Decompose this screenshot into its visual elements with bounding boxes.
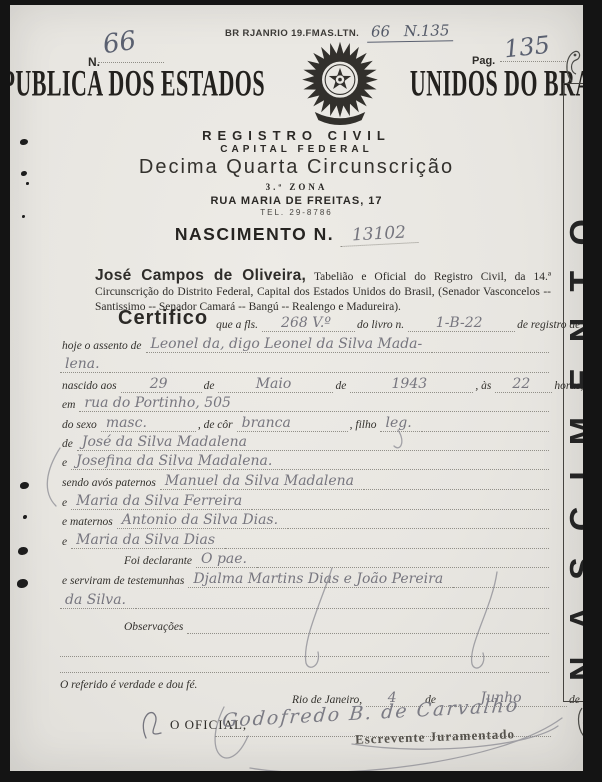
form-line: Observações <box>122 609 549 634</box>
form-line: nascido aos29deMaiode1943, às22horas, <box>60 373 549 393</box>
scan-edge <box>583 0 602 782</box>
printed-label: , filho <box>348 419 381 432</box>
scan-edge <box>0 0 10 782</box>
pen-flourish-icon <box>136 704 170 748</box>
printed-label: que a fls. <box>214 319 262 332</box>
printed-label: nascido aos <box>60 380 121 393</box>
printed-label: de <box>333 380 350 393</box>
printed-label: do livro n. <box>355 319 408 332</box>
handwritten-entry: leg. <box>380 416 421 432</box>
form-line: Foi declaranteO pae. <box>122 549 549 568</box>
form-line: O referido é verdade e dou fé. <box>60 673 549 691</box>
handwritten-entry: José da Silva Madalena <box>77 435 257 451</box>
printed-label: e <box>60 497 71 510</box>
form-line: lena. <box>60 353 549 373</box>
dotted-rule <box>187 633 549 634</box>
form-line: eMaria da Silva Dias <box>60 529 549 549</box>
dotted-rule <box>432 352 549 353</box>
dotted-rule <box>453 587 549 588</box>
form-line <box>60 634 549 657</box>
masthead-left-text: REPUBLICA DOS ESTADOS <box>0 64 265 106</box>
handwritten-entry: da Silva. <box>60 593 136 609</box>
form-line <box>60 657 549 673</box>
printed-label: de <box>202 380 219 393</box>
printed-label: e <box>60 536 71 549</box>
handwritten-entry: Maria da Silva Ferreira <box>71 494 252 510</box>
dotted-rule <box>60 672 549 673</box>
handwritten-entry: masc. <box>101 416 196 432</box>
dotted-rule <box>257 567 549 568</box>
printed-label: sendo avós paternos <box>60 477 160 490</box>
notarial-flourish-icon <box>560 48 584 86</box>
registry-title: REGISTRO CIVIL <box>10 128 583 143</box>
printed-label: e maternos <box>60 516 117 529</box>
handwritten-entry: rua do Portinho, 505 <box>79 396 241 412</box>
handwritten-entry: Maio <box>218 377 333 393</box>
handwritten-entry: Josefina da Silva Madalena. <box>71 454 282 470</box>
printed-label: do sexo <box>60 419 101 432</box>
printed-label: , às <box>473 380 495 393</box>
form-line: deJosé da Silva Madalena <box>60 432 549 451</box>
printed-label: de <box>60 438 77 451</box>
form-line: Certificoque a fls.268 V.ºdo livro n.1-B… <box>118 305 549 332</box>
scan-edge <box>0 0 602 5</box>
printed-text: O referido é verdade e dou fé. <box>60 679 197 691</box>
handwritten-entry: Djalma Martins Dias e João Pereira <box>188 572 453 588</box>
handwritten-entry: O pae. <box>196 552 257 568</box>
dotted-rule <box>257 450 549 451</box>
masthead: REPUBLICA DOS ESTADOS UNIDOS DO BRASIL <box>10 37 583 133</box>
ink-dot <box>26 182 29 185</box>
address-text: RUA MARIA DE FREITAS, 17 <box>10 195 583 207</box>
dotted-rule <box>252 509 549 510</box>
form-line: do sexomasc., de côrbranca, filholeg. <box>60 412 549 432</box>
record-title: NASCIMENTO N. <box>175 224 334 245</box>
form-line: hoje o assento deLeonel da, digo Leonel … <box>60 332 549 353</box>
form-line: da Silva. <box>60 588 549 609</box>
handwritten-entry: 268 V.º <box>262 316 355 332</box>
handwritten-entry: 1-B-22 <box>408 316 515 332</box>
form-line: e serviram de testemunhasDjalma Martins … <box>60 568 549 588</box>
record-number-handwritten: 13102 <box>340 222 419 247</box>
handwritten-entry: 29 <box>121 377 202 393</box>
form-line: sendo avós paternosManuel da Silva Madal… <box>60 470 549 490</box>
handwritten-entry: Maria da Silva Dias <box>71 533 225 549</box>
notary-name: José Campos de Oliveira, <box>95 267 306 284</box>
certificate-lines: Certificoque a fls.268 V.ºdo livro n.1-B… <box>60 305 549 691</box>
certificate-page: BR RJANRIO 19.FMAS.LTN. 66 N.135 N. 66 P… <box>10 5 583 771</box>
form-line: eMaria da Silva Ferreira <box>60 490 549 510</box>
form-line: eJosefina da Silva Madalena. <box>60 451 549 470</box>
dotted-rule <box>110 372 549 373</box>
scan-edge <box>0 771 602 782</box>
certify-word: Certifico <box>118 307 214 332</box>
handwritten-entry: Manuel da Silva Madalena <box>160 474 364 490</box>
form-line: e maternosAntonio da Silva Dias. <box>60 510 549 529</box>
dotted-rule <box>225 548 549 549</box>
brazil-coat-of-arms-icon <box>295 40 385 130</box>
phone-text: TEL. 29-8786 <box>10 208 583 217</box>
handwritten-entry: 1943 <box>350 377 473 393</box>
printed-label: e serviram de testemunhas <box>60 575 188 588</box>
handwritten-entry: branca <box>237 416 348 432</box>
printed-label: Foi declarante <box>122 555 196 568</box>
dotted-rule <box>136 608 549 609</box>
zona-text: 3.ª ZONA <box>10 182 583 192</box>
clerk-stamp-text: Escrevente Juramentado <box>355 726 516 748</box>
printed-label: hoje o assento de <box>60 340 146 353</box>
handwritten-entry: 22 <box>495 377 552 393</box>
printed-label: em <box>60 399 79 412</box>
record-title-row: NASCIMENTO N. 13102 <box>10 224 583 245</box>
scanned-birth-certificate: { "scan": { "archive_stamp_printed": "BR… <box>0 0 602 782</box>
printed-label: Observações <box>122 621 187 634</box>
handwritten-entry: Leonel da, digo Leonel da Silva Mada- <box>146 337 433 353</box>
capital-subtitle: CAPITAL FEDERAL <box>10 144 583 155</box>
printed-label: , de côr <box>196 419 237 432</box>
dotted-rule <box>364 489 549 490</box>
handwritten-entry: Antonio da Silva Dias. <box>117 513 288 529</box>
printed-label: e <box>60 457 71 470</box>
dotted-rule <box>241 411 549 412</box>
dotted-rule <box>60 656 549 657</box>
handwritten-entry: lena. <box>60 357 110 373</box>
circunscricao-title: Decima Quarta Circunscrição <box>10 156 583 179</box>
dotted-rule <box>288 528 549 529</box>
dotted-rule <box>422 431 549 432</box>
form-line: emrua do Portinho, 505 <box>60 393 549 412</box>
dotted-rule <box>282 469 549 470</box>
